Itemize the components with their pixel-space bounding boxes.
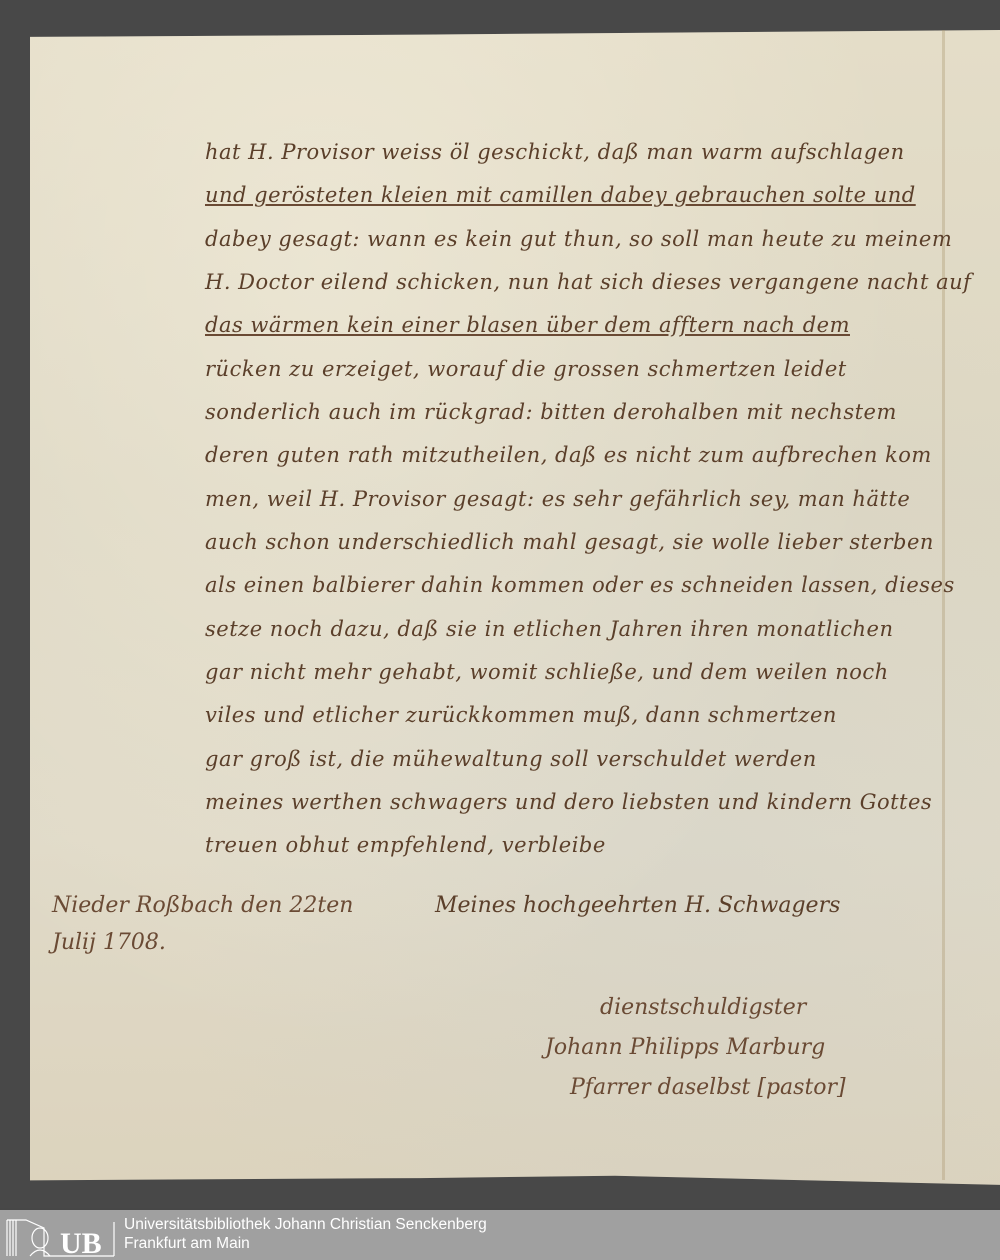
ub-logo-icon: UB bbox=[4, 1216, 116, 1258]
signature-line: dienstschuldigster bbox=[600, 995, 806, 1020]
svg-text:UB: UB bbox=[60, 1227, 102, 1258]
institution-location: Frankfurt am Main bbox=[124, 1234, 487, 1253]
letter-line: hat H. Provisor weiss öl geschickt, daß … bbox=[205, 140, 905, 164]
place-date-line: Nieder Roßbach den 22ten bbox=[52, 893, 353, 918]
place-date-line: Julij 1708. bbox=[52, 930, 166, 955]
signature-line: Pfarrer daselbst [pastor] bbox=[570, 1075, 846, 1100]
letter-line: gar nicht mehr gehabt, womit schließe, u… bbox=[205, 660, 889, 684]
letter-line: men, weil H. Provisor gesagt: es sehr ge… bbox=[205, 487, 910, 511]
letter-line: viles und etlicher zurückkommen muß, dan… bbox=[205, 703, 837, 727]
letter-line: gar groß ist, die mühewaltung soll versc… bbox=[205, 747, 817, 771]
letter-line: als einen balbierer dahin kommen oder es… bbox=[205, 573, 955, 597]
letter-line: das wärmen kein einer blasen über dem af… bbox=[205, 313, 850, 337]
closing-line: Meines hochgeehrten H. Schwagers bbox=[435, 893, 840, 918]
letter-line: sonderlich auch im rückgrad: bitten dero… bbox=[205, 400, 897, 424]
institution-name: Universitätsbibliothek Johann Christian … bbox=[124, 1215, 487, 1234]
letter-line: rücken zu erzeiget, worauf die grossen s… bbox=[205, 357, 847, 381]
letter-line: setze noch dazu, daß sie in etlichen Jah… bbox=[205, 617, 893, 641]
signature-line: Johann Philipps Marburg bbox=[545, 1035, 825, 1060]
letter-line: deren guten rath mitzutheilen, daß es ni… bbox=[205, 443, 932, 467]
footer-text: Universitätsbibliothek Johann Christian … bbox=[124, 1215, 487, 1253]
letter-line: H. Doctor eilend schicken, nun hat sich … bbox=[205, 270, 971, 294]
letter-line: meines werthen schwagers und dero liebst… bbox=[205, 790, 932, 814]
letter-line: und gerösteten kleien mit camillen dabey… bbox=[205, 183, 916, 207]
page-fold-line bbox=[942, 30, 945, 1180]
library-footer: UB Universitätsbibliothek Johann Christi… bbox=[0, 1210, 1000, 1260]
letter-line: treuen obhut empfehlend, verbleibe bbox=[205, 833, 606, 857]
letter-line: dabey gesagt: wann es kein gut thun, so … bbox=[205, 227, 952, 251]
letter-line: auch schon underschiedlich mahl gesagt, … bbox=[205, 530, 934, 554]
